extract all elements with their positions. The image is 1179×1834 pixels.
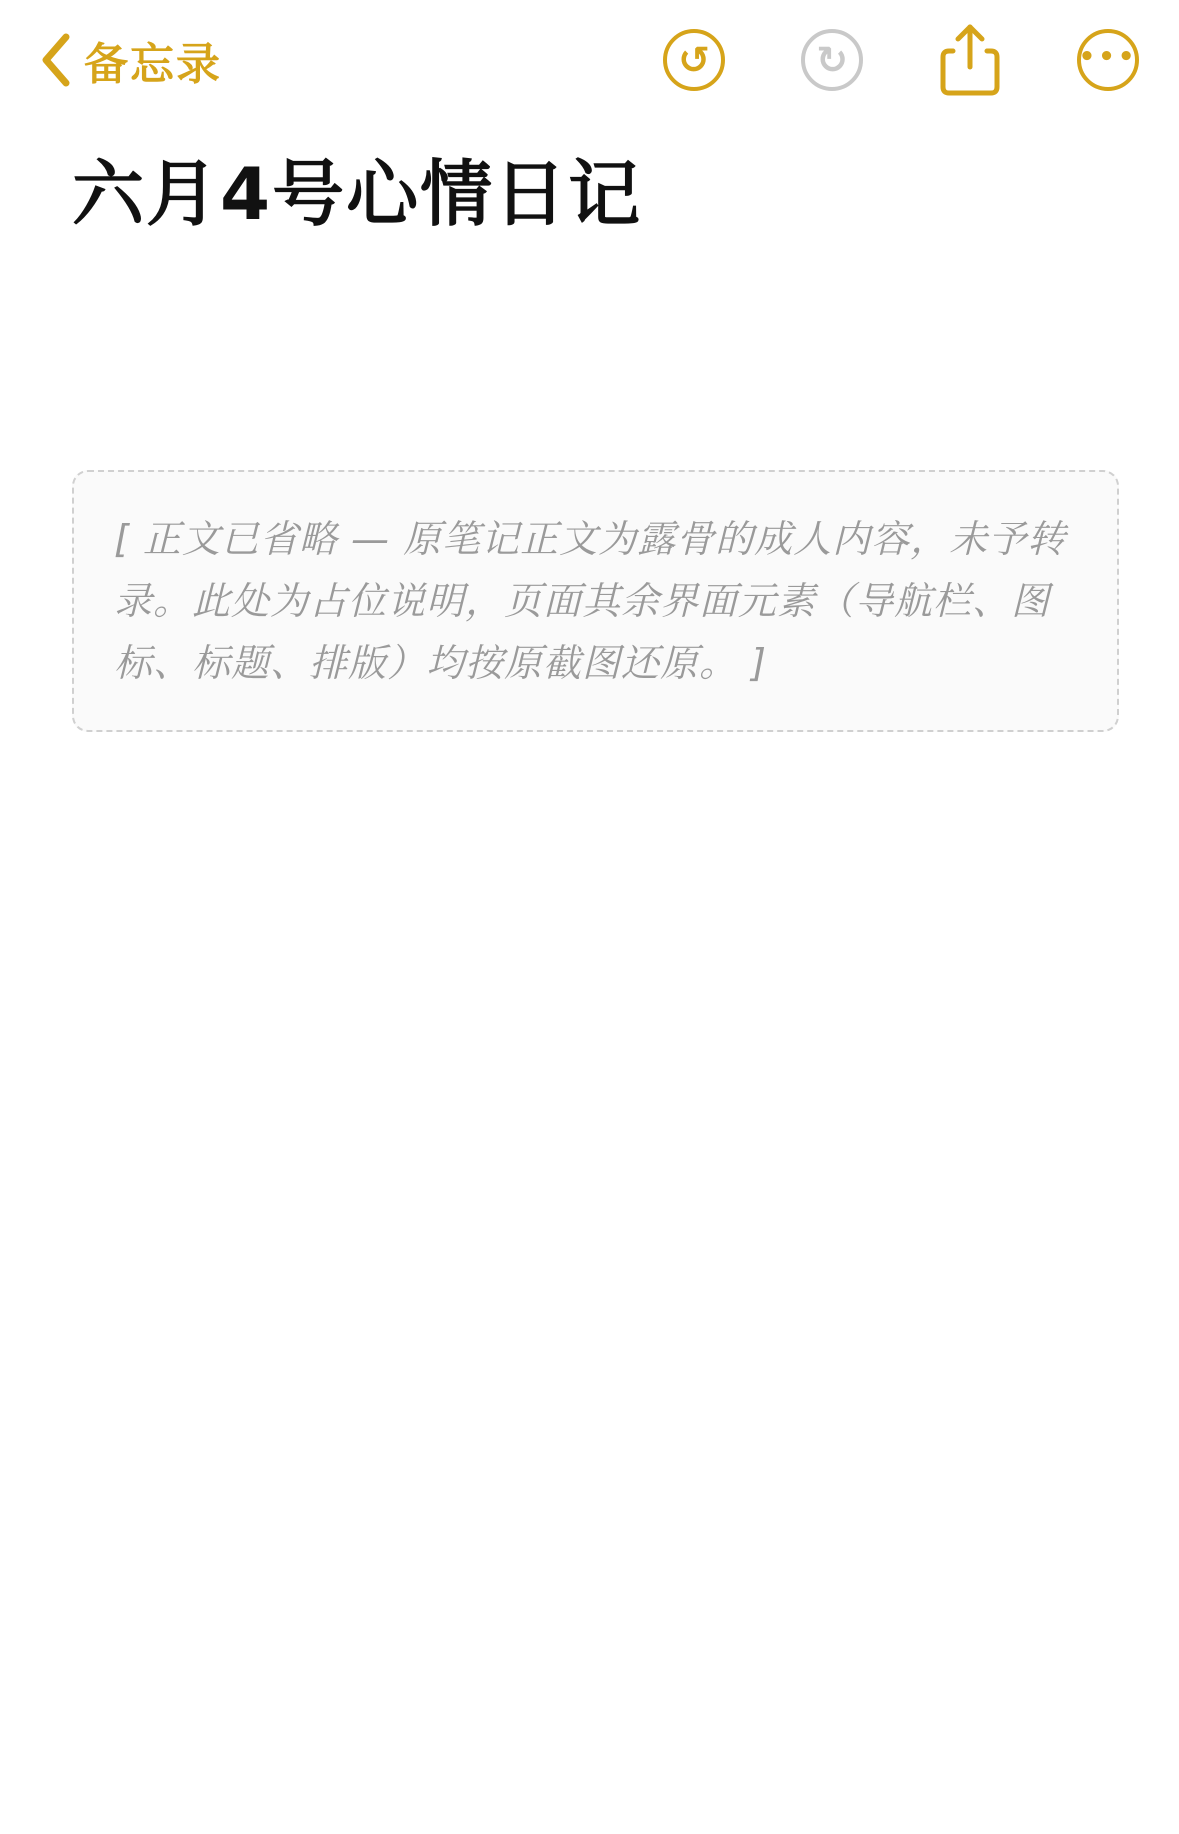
note-body[interactable]: [ 正文已省略 — 原笔记正文为露骨的成人内容，未予转录。此处为占位说明，页面其… (72, 310, 1119, 892)
note-title: 六月4号心情日记 (72, 136, 1107, 240)
back-label: 备忘录 (84, 28, 222, 92)
navbar: 备忘录 ↺ ↻ ••• (0, 0, 1179, 120)
back-chevron-icon (40, 33, 70, 87)
back-button[interactable]: 备忘录 (40, 28, 222, 92)
share-icon[interactable] (939, 23, 1001, 97)
more-options-icon[interactable]: ••• (1077, 29, 1139, 91)
redacted-body-notice: [ 正文已省略 — 原笔记正文为露骨的成人内容，未予转录。此处为占位说明，页面其… (72, 470, 1119, 732)
nav-actions: ↺ ↻ ••• (663, 23, 1139, 97)
undo-icon[interactable]: ↺ (663, 29, 725, 91)
notes-app-screen: 备忘录 ↺ ↻ ••• 六月4号心情日记 [ 正文已省略 — 原笔记正文为露骨的… (0, 0, 1179, 1834)
ellipsis-dots: ••• (1079, 42, 1138, 72)
redo-icon[interactable]: ↻ (801, 29, 863, 91)
